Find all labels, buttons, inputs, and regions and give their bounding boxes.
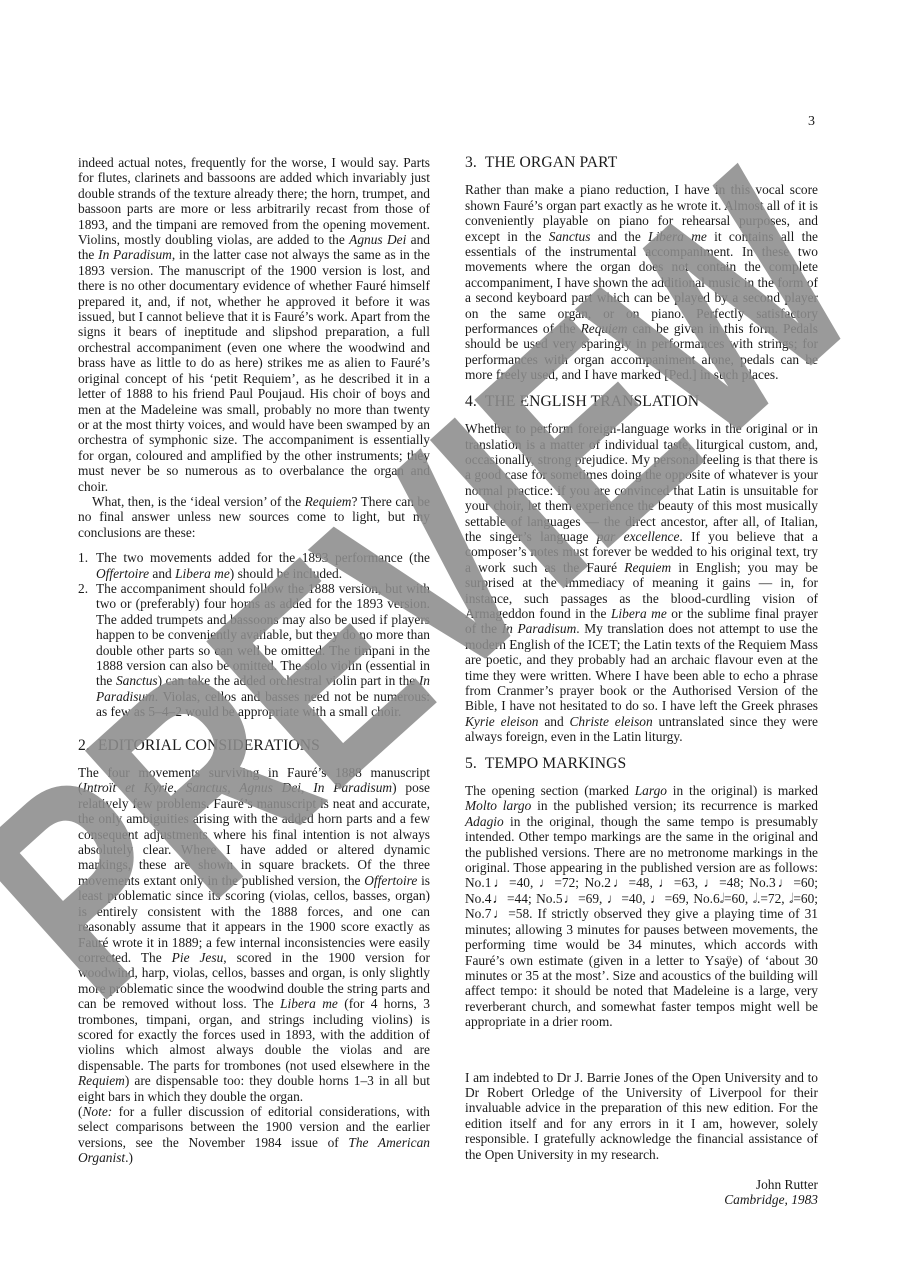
section-heading-editorial: 2.EDITORIAL CONSIDERATIONS bbox=[78, 738, 430, 753]
section-heading-organ-part: 3.THE ORGAN PART bbox=[465, 155, 818, 170]
signature: John Rutter Cambridge, 1983 bbox=[465, 1177, 818, 1208]
right-column: 3.THE ORGAN PART Rather than make a pian… bbox=[465, 155, 818, 1208]
intro-paragraph: indeed actual notes, frequently for the … bbox=[78, 155, 430, 494]
conclusion-item: 1.The two movements added for the 1893 p… bbox=[96, 550, 430, 581]
section-heading-english-translation: 4.THE ENGLISH TRANSLATION bbox=[465, 394, 818, 409]
ideal-version-paragraph: What, then, is the ‘ideal version’ of th… bbox=[78, 494, 430, 540]
editorial-note: (Note: for a fuller discussion of editor… bbox=[78, 1104, 430, 1166]
organ-part-paragraph: Rather than make a piano reduction, I ha… bbox=[465, 182, 818, 382]
page-number: 3 bbox=[808, 114, 815, 130]
editorial-paragraph: The four movements surviving in Fauré’s … bbox=[78, 765, 430, 1104]
translation-paragraph: Whether to perform foreign-language work… bbox=[465, 421, 818, 745]
author-name: John Rutter bbox=[465, 1177, 818, 1192]
conclusion-item: 2.The accompaniment should follow the 18… bbox=[96, 581, 430, 720]
signature-place-date: Cambridge, 1983 bbox=[465, 1192, 818, 1207]
acknowledgement-paragraph: I am indebted to Dr J. Barrie Jones of t… bbox=[465, 1070, 818, 1162]
tempo-paragraph: The opening section (marked Largo in the… bbox=[465, 783, 818, 1030]
section-heading-tempo-markings: 5.TEMPO MARKINGS bbox=[465, 756, 818, 771]
conclusions-list: 1.The two movements added for the 1893 p… bbox=[78, 550, 430, 719]
left-column: indeed actual notes, frequently for the … bbox=[78, 155, 430, 1166]
